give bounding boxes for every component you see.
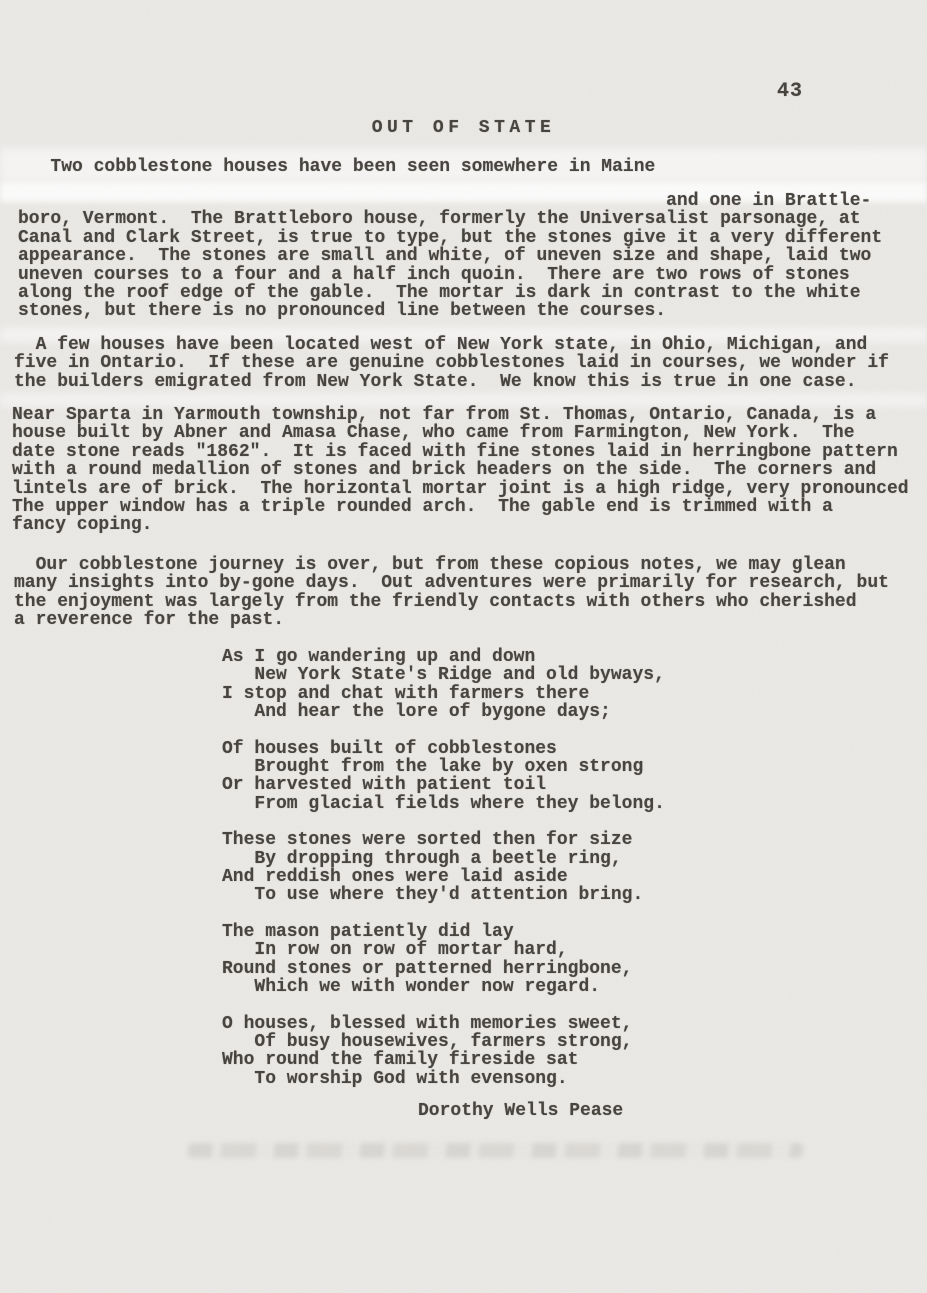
- poem: As I go wandering up and down New York S…: [222, 648, 665, 1106]
- poem-attribution: Dorothy Wells Pease: [418, 1102, 623, 1120]
- bleed-through-artifact: [187, 1143, 803, 1158]
- paragraph-sparta-house: Near Sparta in Yarmouth township, not fa…: [12, 406, 909, 535]
- paragraph-brattleboro: and one in Brattle- boro, Vermont. The B…: [18, 192, 882, 321]
- poem-stanza-2: Of houses built of cobblestones Brought …: [222, 740, 665, 814]
- page-number: 43: [777, 81, 803, 103]
- poem-stanza-4: The mason patiently did lay In row on ro…: [222, 923, 665, 997]
- page-title: OUT OF STATE: [0, 119, 927, 137]
- document-page: 43 OUT OF STATE Two cobblestone houses h…: [0, 0, 927, 1293]
- poem-stanza-3: These stones were sorted then for size B…: [222, 831, 665, 905]
- paragraph-journey-over: Our cobblestone journey is over, but fro…: [14, 556, 889, 630]
- poem-stanza-5: O houses, blessed with memories sweet, O…: [222, 1015, 665, 1089]
- intro-line: Two cobblestone houses have been seen so…: [18, 158, 655, 176]
- poem-stanza-1: As I go wandering up and down New York S…: [222, 648, 665, 722]
- paragraph-west-of-ny: A few houses have been located west of N…: [14, 336, 889, 391]
